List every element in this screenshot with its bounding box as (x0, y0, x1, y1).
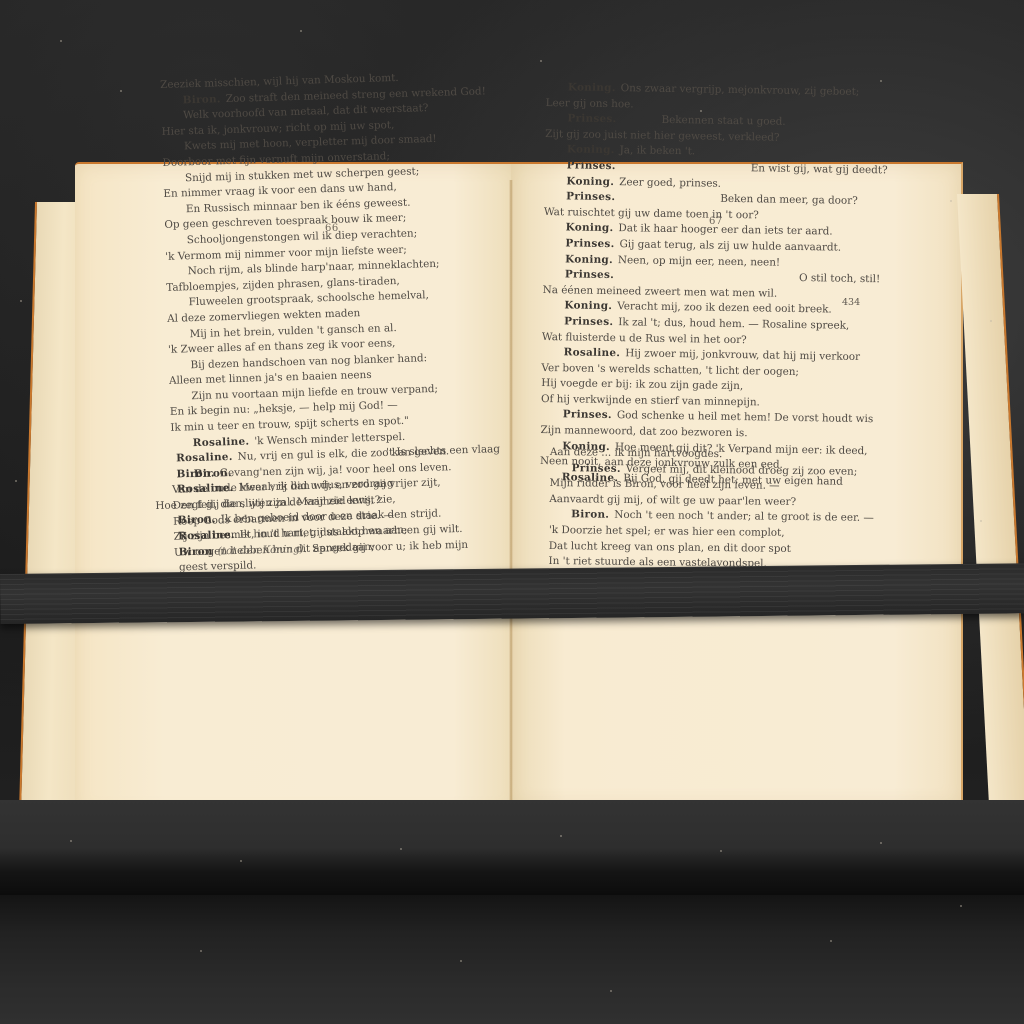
line-text: En wist gij, wat gij deedt? (751, 162, 888, 176)
speaker-name: Biron. (176, 467, 214, 480)
line-text: 'k Wensch minder letterspel. (254, 431, 405, 447)
line-text: Wat fluisterde u de Rus wel in het oor? (542, 330, 747, 345)
left-page-text-lower: Rosaline.Nu, vrij en gul is elk, die zoo… (154, 444, 469, 577)
stage-direction: (tot den Koning). (218, 543, 308, 557)
dust-speck (950, 200, 952, 202)
elastic-strap (0, 563, 1024, 624)
speaker-name: Prinses. (564, 315, 613, 328)
speaker-name: Prinses. (563, 409, 612, 422)
speaker-name: Koning. (564, 300, 612, 313)
speaker-name: Rosaline. (564, 346, 621, 359)
speaker-name: Biron. (178, 514, 216, 527)
line-text: Bekennen staat u goed. (661, 114, 785, 128)
speaker-name: Rosaline. (178, 529, 235, 542)
line-text: Zijn mannewoord, dat zoo bezworen is. (540, 424, 747, 439)
line-text: God schenke u heil met hem! De vorst hou… (617, 410, 874, 426)
dust-speck (880, 80, 882, 82)
line-text: Beken dan meer, ga door? (720, 193, 858, 207)
line-text: Of hij verkwijnde en stierf van minnepij… (541, 393, 760, 408)
line-text: Hij voegde er bij: ik zou zijn gade zijn… (541, 377, 743, 392)
speaker-name: Koning. (567, 144, 615, 157)
dust-speck (300, 30, 302, 32)
dust-speck (720, 850, 722, 852)
dust-speck (120, 90, 122, 92)
dust-speck (960, 905, 962, 907)
right-page-text-upper: Koning.Ons zwaar vergrijp, mejonkvrouw, … (540, 80, 889, 491)
line-text: Wat ruischtet gij uw dame toen in 't oor… (544, 206, 759, 221)
dust-speck (560, 835, 562, 837)
dust-speck (460, 960, 462, 962)
dust-speck (15, 480, 17, 482)
line-text: Na éénen meineed zweert men wat men wil. (543, 284, 778, 300)
dust-speck (200, 950, 202, 952)
line-text: Leer gij ons hoe. (546, 97, 634, 110)
dust-speck (990, 320, 992, 322)
line-text: Zijt gij zoo juist niet hier geweest, ve… (545, 128, 780, 144)
dust-speck (20, 300, 22, 302)
dust-speck (700, 110, 702, 112)
line-text: Dat ik haar hooger eer dan iets ter aard… (618, 223, 832, 238)
book-gutter (509, 180, 513, 810)
speaker-name: Biron. (571, 509, 609, 521)
speaker-name: Rosaline. (193, 435, 250, 449)
speaker-name: Prinses. (565, 268, 614, 281)
speaker-name: Koning. (566, 222, 614, 235)
speaker-name: Prinses. (565, 237, 614, 250)
line-text: Dat lucht kreeg van ons plan, en dit doo… (549, 540, 791, 555)
dust-speck (980, 520, 982, 522)
dust-speck (400, 848, 402, 850)
speaker-name: Prinses. (567, 113, 616, 126)
line-text: Aanvaardt gij mij, of wilt ge uw paar'le… (549, 493, 796, 508)
speaker-name: Biron (178, 545, 213, 558)
wooden-surface-lower (0, 895, 1024, 1024)
speaker-name: Koning. (566, 175, 614, 188)
line-text: Ons zwaar vergrijp, mejonkvrouw, zij geb… (621, 82, 860, 98)
dust-speck (540, 60, 542, 62)
line-text: Ja, ik beken 't. (620, 145, 696, 158)
dust-speck (70, 840, 72, 842)
line-text: Mijn ridder is Biron, voor heel zijn lev… (549, 477, 779, 492)
speaker-name: Prinses. (572, 462, 621, 475)
speaker-name: Prinses. (567, 159, 616, 172)
line-text: Noch 't een noch 't ander; al te groot i… (614, 509, 874, 524)
speaker-name: Koning. (568, 81, 616, 94)
wooden-ledge (0, 800, 1024, 895)
line-text: Gij gaat terug, als zij uw hulde aanvaar… (619, 238, 841, 253)
line-text: Neen, op mijn eer, neen, neen! (618, 254, 780, 269)
line-text: Aan deze ... ik mijn hartvoogdes. (550, 446, 723, 460)
dust-speck (60, 40, 62, 42)
line-text: Spreek gij voor u; ik heb mijn (312, 538, 468, 554)
speaker-name: Biron. (182, 93, 220, 106)
dust-speck (240, 860, 242, 862)
speaker-name: Prinses. (566, 190, 615, 203)
line-text: O stil toch, stil! (799, 272, 880, 285)
line-text: Vergeef mij, dit kleinood droeg zij zoo … (626, 463, 858, 478)
line-text: Meer vrij dan wij; en zoo gij vrijer zij… (238, 477, 440, 494)
line-text: 'k Doorzie het spel; er was hier een com… (549, 524, 785, 539)
line-text: Hij zwoer mij, jonkvrouw, dat hij mij ve… (625, 347, 860, 363)
dust-speck (610, 990, 612, 992)
speaker-name: Koning. (565, 253, 613, 266)
dust-speck (880, 842, 882, 844)
line-text: Ver boven 's werelds schatten, 't licht … (541, 362, 799, 378)
line-text: Zeer goed, prinses. (619, 176, 721, 190)
line-text: Ik zal 't; dus, houd hem. — Rosaline spr… (618, 316, 849, 332)
speaker-name: Rosaline. (177, 482, 234, 495)
line-text: Veracht mij, zoo ik dezen eed ooit breek… (617, 300, 832, 315)
speaker-name: Rosaline. (176, 451, 233, 464)
dust-speck (830, 940, 832, 942)
